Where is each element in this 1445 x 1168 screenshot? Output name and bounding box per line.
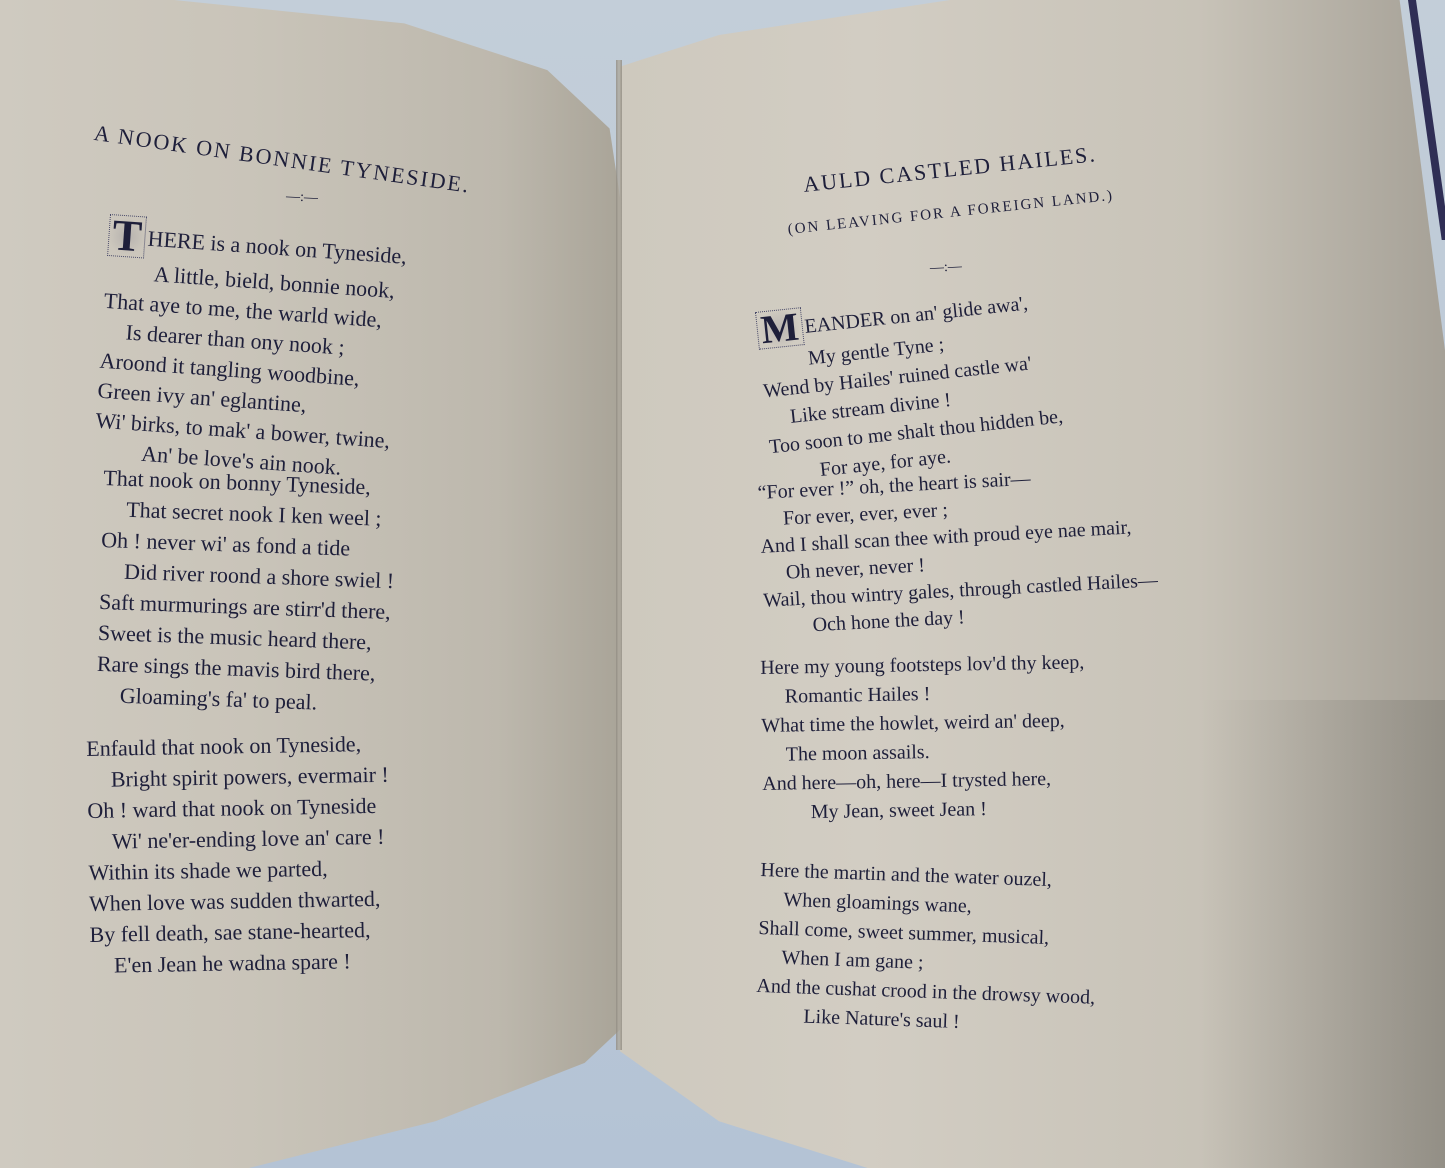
- stanza-right-1: MEANDER on an' glide awa', My gentle Tyn…: [755, 281, 1067, 489]
- poem-line: Wi' ne'er-ending love an' care !: [88, 821, 390, 857]
- ornamental-dropcap-m: M: [755, 307, 804, 350]
- poem-line: Here my young footsteps lov'd thy keep,: [760, 648, 1085, 683]
- title-divider-left: —:—: [286, 189, 319, 207]
- stanza-left-3: Enfauld that nook on Tyneside, Bright sp…: [86, 728, 392, 981]
- stanza-right-2: “For ever !” oh, the heart is sair— For …: [757, 459, 1160, 641]
- poem-line: My Jean, sweet Jean !: [763, 793, 1088, 828]
- book-gutter: [616, 60, 622, 1050]
- title-divider-right: —:—: [930, 259, 963, 277]
- poem-line: And here—oh, here—I trysted here,: [762, 764, 1087, 799]
- book-photo: A NOOK ON BONNIE TYNESIDE. —:— THERE is …: [0, 0, 1445, 1168]
- stanza-right-3: Here my young footsteps lov'd thy keep, …: [760, 648, 1087, 828]
- poem-line: What time the howlet, weird an' deep,: [761, 706, 1086, 741]
- stanza-left-1: THERE is a nook on Tyneside, A little, b…: [92, 214, 408, 486]
- stanza-right-4: Here the martin and the water ouzel, Whe…: [755, 856, 1100, 1042]
- poem-line: E'en Jean he wadna spare !: [90, 945, 392, 981]
- ornamental-dropcap-t: T: [107, 214, 147, 259]
- stanza-left-2: That nook on bonny Tyneside, That secret…: [95, 462, 398, 720]
